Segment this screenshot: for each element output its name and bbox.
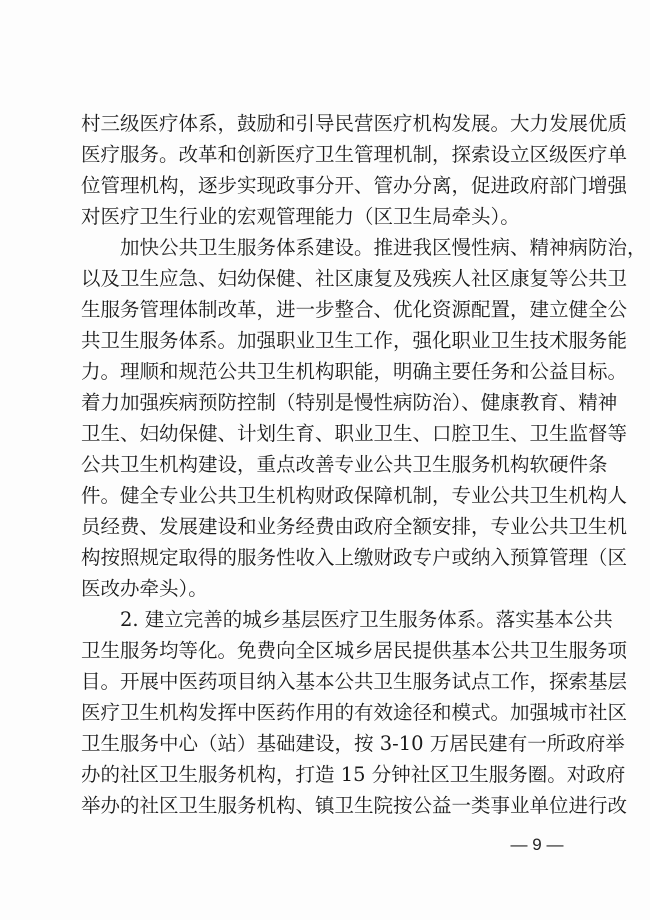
text-line: 举办的社区卫生服务机构、镇卫生院按公益一类事业单位进行改 (81, 790, 567, 821)
page-number: — 9 — (505, 832, 569, 858)
text-line: 卫生、妇幼保健、计划生育、职业卫生、口腔卫生、卫生监督等 (81, 418, 567, 449)
text-line: 卫生服务中心（站）基础建设，按 3-10 万居民建有一所政府举 (81, 728, 567, 759)
text-line: 位管理机构，逐步实现政事分开、管办分离，促进政府部门增强 (81, 170, 567, 201)
text-line: 医疗服务。改革和创新医疗卫生管理机制，探索设立区级医疗单 (81, 139, 567, 170)
text-line: 共卫生服务体系。加强职业卫生工作，强化职业卫生技术服务能 (81, 325, 567, 356)
text-line: 以及卫生应急、妇幼保健、社区康复及残疾人社区康复等公共卫 (81, 263, 567, 294)
text-line: 力。理顺和规范公共卫生机构职能，明确主要任务和公益目标。 (81, 356, 567, 387)
text-line: 办的社区卫生服务机构，打造 15 分钟社区卫生服务圈。对政府 (81, 759, 567, 790)
text-line: 构按照规定取得的服务性收入上缴财政专户或纳入预算管理（区 (81, 542, 567, 573)
text-line: 卫生服务均等化。免费向全区城乡居民提供基本公共卫生服务项 (81, 635, 567, 666)
text-line: 2. 建立完善的城乡基层医疗卫生服务体系。落实基本公共 (81, 604, 567, 635)
text-line: 医改办牵头）。 (81, 573, 567, 604)
text-line: 公共卫生机构建设，重点改善专业公共卫生服务机构软硬件条 (81, 449, 567, 480)
text-line: 医疗卫生机构发挥中医药作用的有效途径和模式。加强城市社区 (81, 697, 567, 728)
document-page: 村三级医疗体系，鼓励和引导民营医疗机构发展。大力发展优质医疗服务。改革和创新医疗… (0, 0, 650, 920)
body-text: 村三级医疗体系，鼓励和引导民营医疗机构发展。大力发展优质医疗服务。改革和创新医疗… (81, 108, 567, 821)
text-line: 加快公共卫生服务体系建设。推进我区慢性病、精神病防治， (81, 232, 567, 263)
text-line: 件。健全专业公共卫生机构财政保障机制，专业公共卫生机构人 (81, 480, 567, 511)
text-line: 对医疗卫生行业的宏观管理能力（区卫生局牵头）。 (81, 201, 567, 232)
text-line: 生服务管理体制改革，进一步整合、优化资源配置，建立健全公 (81, 294, 567, 325)
text-line: 员经费、发展建设和业务经费由政府全额安排，专业公共卫生机 (81, 511, 567, 542)
text-line: 村三级医疗体系，鼓励和引导民营医疗机构发展。大力发展优质 (81, 108, 567, 139)
text-line: 着力加强疾病预防控制（特别是慢性病防治）、健康教育、精神 (81, 387, 567, 418)
text-line: 目。开展中医药项目纳入基本公共卫生服务试点工作，探索基层 (81, 666, 567, 697)
